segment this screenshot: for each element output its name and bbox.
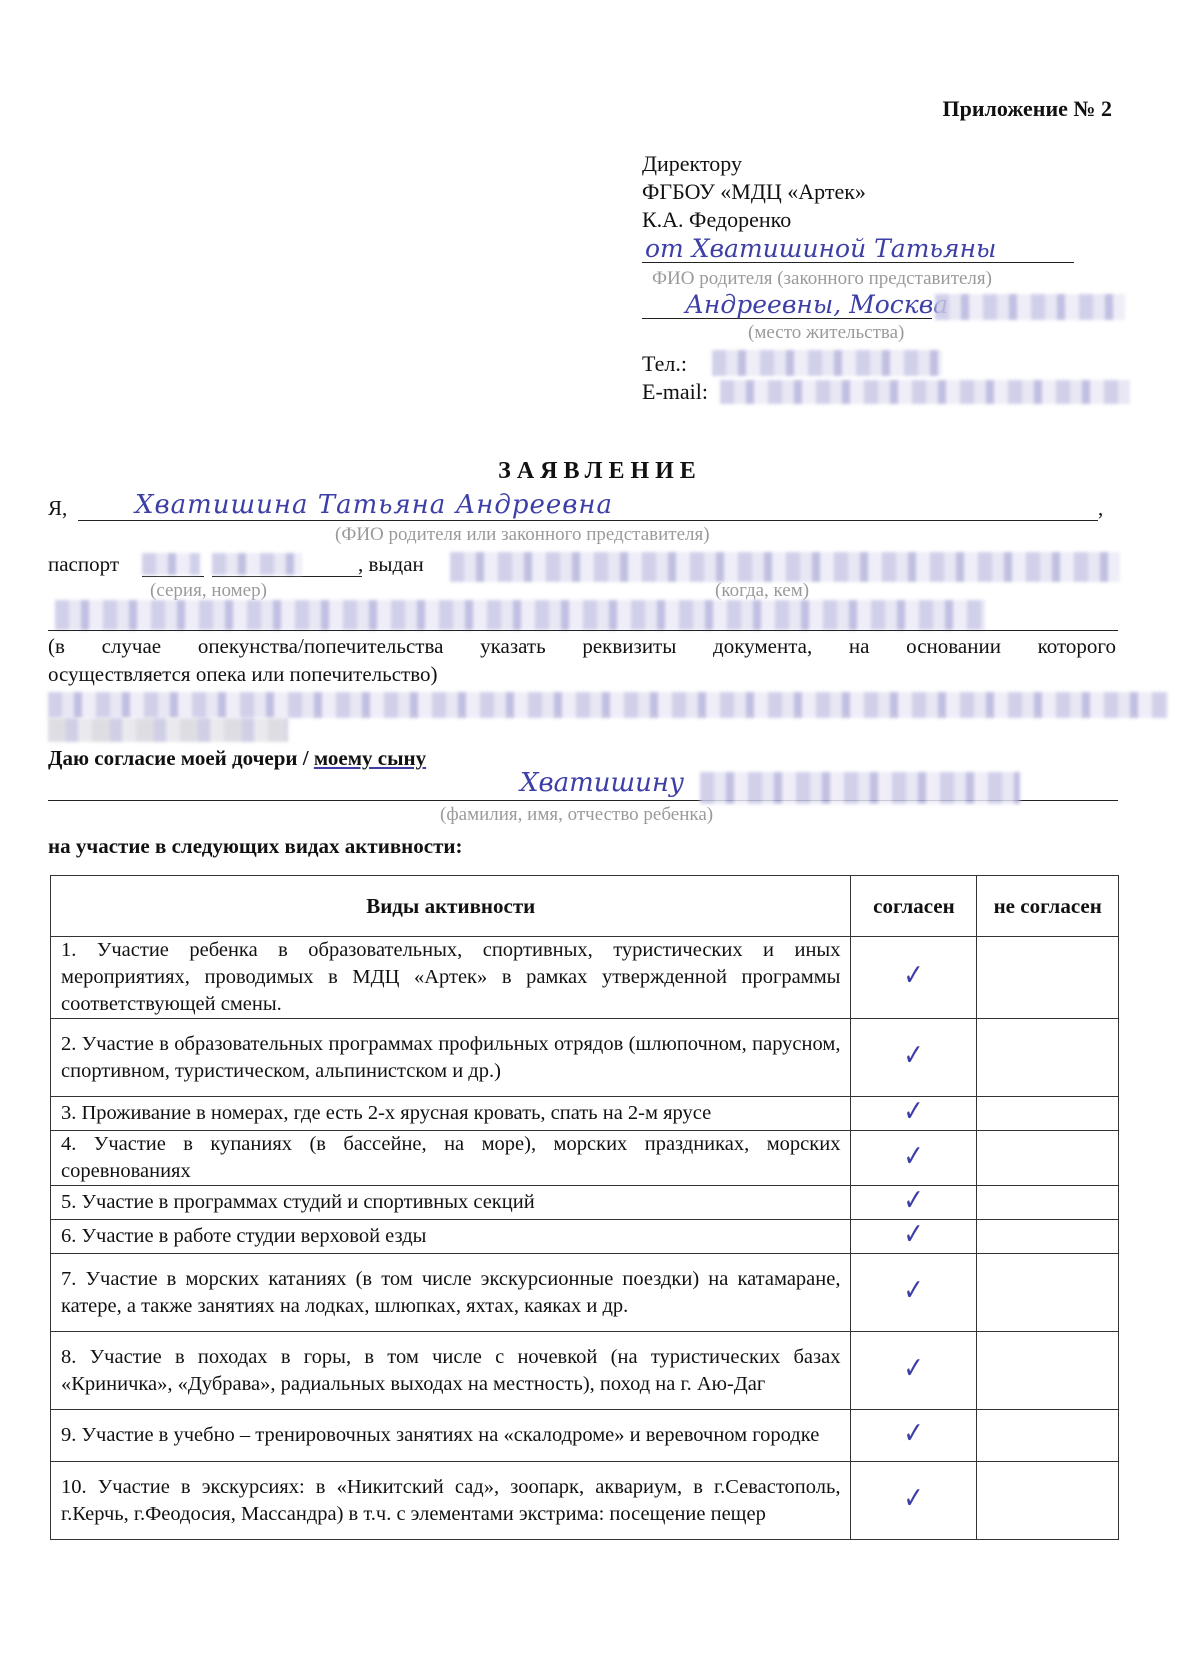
table-row: 6. Участие в работе студии верховой езды… — [51, 1220, 1119, 1254]
series-number-hint: (серия, номер) — [150, 580, 267, 602]
activity-text: 7. Участие в морских катаниях (в том чис… — [51, 1254, 851, 1332]
guardianship-note-2: осуществляется опека или попечительство) — [48, 662, 437, 687]
redacted-child-name — [700, 772, 1020, 804]
agree-cell[interactable]: ✓ — [851, 1220, 977, 1254]
table-row: 1. Участие ребенка в образовательных, сп… — [51, 937, 1119, 1019]
redacted-guardianship-line-1 — [48, 692, 1168, 718]
consent-daughter-option: Даю согласие моей дочери / — [48, 746, 314, 770]
table-row: 3. Проживание в номерах, где есть 2-х яр… — [51, 1097, 1119, 1131]
table-row: 5. Участие в программах студий и спортив… — [51, 1186, 1119, 1220]
disagree-cell[interactable] — [977, 1131, 1119, 1186]
phone-label: Тел.: — [642, 350, 687, 378]
email-label: E-mail: — [642, 378, 708, 406]
issued-underline — [48, 630, 1118, 631]
from-handwritten[interactable]: от Хватишиной Татьяны — [645, 234, 996, 263]
checkmark-icon: ✓ — [904, 1098, 924, 1125]
consent-son-option: моему сыну — [314, 746, 426, 770]
addressee-line-1: Директору — [642, 150, 742, 178]
consent-label: Даю согласие моей дочери / моему сыну — [48, 746, 426, 771]
redacted-guardianship-line-2 — [48, 718, 288, 742]
agree-cell[interactable]: ✓ — [851, 1254, 977, 1332]
activity-text: 2. Участие в образовательных программах … — [51, 1019, 851, 1097]
guardianship-note: (в случае опекунства/попечительства указ… — [48, 634, 1116, 659]
table-row: 4. Участие в купаниях (в бассейне, на мо… — [51, 1131, 1119, 1186]
annex-label: Приложение № 2 — [943, 96, 1112, 122]
disagree-cell[interactable] — [977, 1462, 1119, 1540]
checkmark-icon: ✓ — [904, 1187, 924, 1214]
disagree-cell[interactable] — [977, 1254, 1119, 1332]
header-disagree: не согласен — [977, 876, 1119, 937]
passport-label: паспорт — [48, 552, 119, 577]
redacted-passport-number — [212, 553, 302, 575]
addressee-line-2: ФГБОУ «МДЦ «Артек» — [642, 178, 866, 206]
checkmark-icon: ✓ — [904, 1042, 924, 1069]
comma: , — [1098, 496, 1103, 521]
checkmark-icon: ✓ — [904, 1143, 924, 1170]
residence-hint: (место жительства) — [748, 322, 904, 344]
activity-text: 9. Участие в учебно – тренировочных заня… — [51, 1410, 851, 1462]
redacted-residence — [935, 294, 1125, 320]
issued-label: , выдан — [358, 552, 424, 577]
table-row: 2. Участие в образовательных программах … — [51, 1019, 1119, 1097]
agree-cell[interactable]: ✓ — [851, 1097, 977, 1131]
addressee-line-3: К.А. Федоренко — [642, 206, 791, 234]
disagree-cell[interactable] — [977, 1186, 1119, 1220]
activities-table: Виды активности согласен не согласен 1. … — [50, 875, 1119, 1540]
activity-text: 10. Участие в экскурсиях: в «Никитский с… — [51, 1462, 851, 1540]
agree-cell[interactable]: ✓ — [851, 1462, 977, 1540]
agree-cell[interactable]: ✓ — [851, 1186, 977, 1220]
table-row: 9. Участие в учебно – тренировочных заня… — [51, 1410, 1119, 1462]
parent-name-underline — [78, 520, 1098, 521]
checkmark-icon: ✓ — [904, 1420, 924, 1447]
activity-text: 4. Участие в купаниях (в бассейне, на мо… — [51, 1131, 851, 1186]
header-agree: согласен — [851, 876, 977, 937]
disagree-cell[interactable] — [977, 937, 1119, 1019]
activities-intro: на участие в следующих видах активности: — [48, 834, 462, 859]
parent-name-hint: (ФИО родителя или законного представител… — [335, 524, 710, 546]
redacted-phone — [712, 350, 942, 376]
parent-name-handwritten[interactable]: Хватишина Татьяна Андреевна — [135, 490, 613, 520]
table-row: 7. Участие в морских катаниях (в том чис… — [51, 1254, 1119, 1332]
disagree-cell[interactable] — [977, 1097, 1119, 1131]
passport-series-underline — [142, 576, 204, 577]
redacted-issued-by — [450, 552, 1120, 582]
checkmark-icon: ✓ — [904, 1485, 924, 1512]
activity-text: 6. Участие в работе студии верховой езды — [51, 1220, 851, 1254]
disagree-cell[interactable] — [977, 1220, 1119, 1254]
disagree-cell[interactable] — [977, 1332, 1119, 1410]
table-row: 10. Участие в экскурсиях: в «Никитский с… — [51, 1462, 1119, 1540]
from-hint: ФИО родителя (законного представителя) — [652, 268, 992, 290]
agree-cell[interactable]: ✓ — [851, 937, 977, 1019]
activity-text: 5. Участие в программах студий и спортив… — [51, 1186, 851, 1220]
residence-handwritten[interactable]: Андреевны, Москва — [685, 290, 948, 319]
redacted-issued-by-cont — [55, 600, 985, 630]
agree-cell[interactable]: ✓ — [851, 1019, 977, 1097]
agree-cell[interactable]: ✓ — [851, 1410, 977, 1462]
when-by-whom-hint: (когда, кем) — [715, 580, 809, 602]
table-row: 8. Участие в походах в горы, в том числе… — [51, 1332, 1119, 1410]
redacted-passport-series — [142, 553, 200, 575]
statement-title: ЗАЯВЛЕНИЕ — [0, 458, 1200, 485]
activity-text: 3. Проживание в номерах, где есть 2-х яр… — [51, 1097, 851, 1131]
disagree-cell[interactable] — [977, 1019, 1119, 1097]
activity-text: 8. Участие в походах в горы, в том числе… — [51, 1332, 851, 1410]
i-label: Я, — [48, 496, 67, 521]
table-header-row: Виды активности согласен не согласен — [51, 876, 1119, 937]
agree-cell[interactable]: ✓ — [851, 1131, 977, 1186]
checkmark-icon: ✓ — [904, 1221, 924, 1248]
child-name-hint: (фамилия, имя, отчество ребенка) — [440, 804, 713, 826]
checkmark-icon: ✓ — [904, 1355, 924, 1382]
disagree-cell[interactable] — [977, 1410, 1119, 1462]
checkmark-icon: ✓ — [904, 1277, 924, 1304]
agree-cell[interactable]: ✓ — [851, 1332, 977, 1410]
child-name-handwritten[interactable]: Хватишину — [520, 768, 684, 798]
redacted-email — [720, 380, 1130, 404]
passport-number-underline — [212, 576, 362, 577]
header-activity: Виды активности — [51, 876, 851, 937]
checkmark-icon: ✓ — [904, 962, 924, 989]
activity-text: 1. Участие ребенка в образовательных, сп… — [51, 937, 851, 1019]
